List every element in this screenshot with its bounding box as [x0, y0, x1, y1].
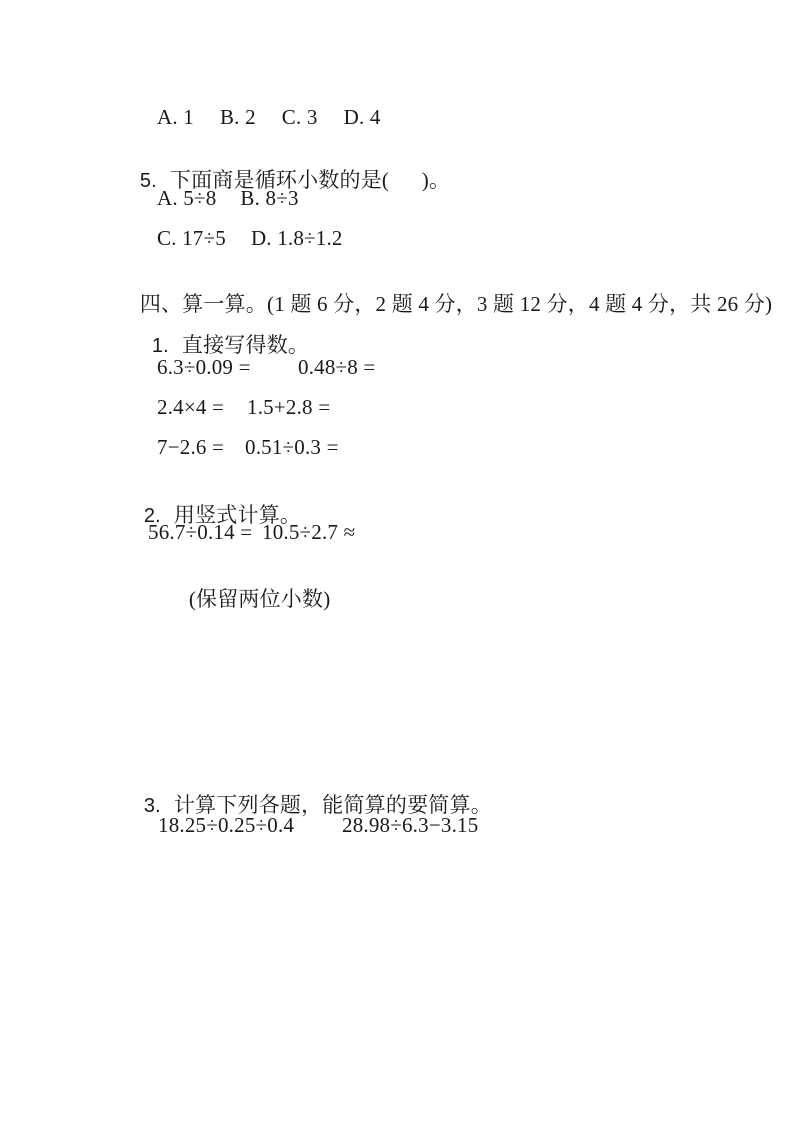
item2-note-text: (保留两位小数)	[189, 587, 331, 611]
item1-expression-6: 0.51÷0.3 =	[245, 435, 339, 459]
question4-option-c: C. 3	[282, 105, 318, 129]
item1-number: 1.	[152, 335, 169, 357]
question4-options-row: A. 1 B. 2 C. 3 D. 4	[157, 105, 381, 129]
item1-expression-4: 1.5+2.8 =	[247, 395, 330, 419]
question5-option-b: B. 8÷3	[240, 186, 298, 210]
question4-option-d: D. 4	[344, 105, 381, 129]
item1-title: 直接写得数。	[182, 333, 309, 357]
item1-expression-2: 0.48÷8 =	[298, 355, 375, 379]
item1-expression-5: 7−2.6 =	[157, 435, 224, 459]
question5-option-a: A. 5÷8	[157, 186, 216, 210]
question5-option-d: D. 1.8÷1.2	[251, 226, 343, 250]
document-page: A. 1 B. 2 C. 3 D. 4 5.下面商是循环小数的是( )。 A. …	[0, 0, 793, 1122]
item3-problem-2: 28.98÷6.3−3.15	[342, 813, 478, 837]
question5-option-c: C. 17÷5	[157, 226, 226, 250]
question5-number: 5.	[140, 170, 157, 192]
question4-option-a: A. 1	[157, 105, 194, 129]
question4-option-b: B. 2	[220, 105, 256, 129]
item2-problem-1: 56.7÷0.14 =	[148, 520, 252, 544]
item2-problem-2: 10.5÷2.7 ≈	[262, 520, 355, 544]
question5-options-row2: C. 17÷5 D. 1.8÷1.2	[157, 226, 343, 250]
item1-expression-3: 2.4×4 =	[157, 395, 224, 419]
question5-options-row1: A. 5÷8 B. 8÷3	[157, 186, 299, 210]
item1-expression-1: 6.3÷0.09 =	[157, 355, 251, 379]
item3-problem-1: 18.25÷0.25÷0.4	[158, 813, 294, 837]
item2-note: (保留两位小数)	[167, 563, 330, 635]
